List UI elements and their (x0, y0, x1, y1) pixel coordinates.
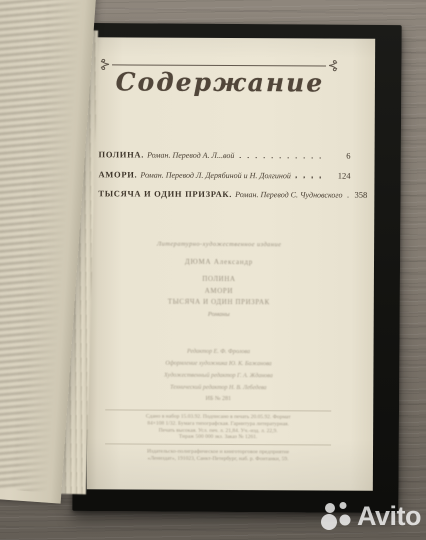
avito-logo-icon (320, 500, 354, 532)
genre-line: Романы (88, 310, 350, 318)
toc-entry-page-number: 6 (331, 151, 351, 161)
dot-leader (296, 176, 326, 178)
contents-page-inner: Содержание ПОЛИНА. Роман. Перевод А. Л..… (87, 37, 375, 490)
edition-type-line: Литературно-художественное издание (88, 240, 350, 248)
toc-entry-page-number: 358 (355, 190, 368, 200)
toc-entry: ПОЛИНА. Роман. Перевод А. Л...вой 6 (99, 149, 351, 160)
fine-print-block: Сдано в набор 15.03.92. Подписано в печа… (87, 413, 349, 442)
ornament-line (112, 64, 326, 66)
credits-block: Редактор Е. Ф. Фролова Оформление художн… (87, 345, 349, 394)
dot-leader (348, 196, 350, 197)
work-title-line: ТЫСЯЧА И ОДИН ПРИЗРАК (88, 297, 350, 306)
toc-entry: АМОРИ. Роман. Перевод Л. Дерябиной и Н. … (98, 169, 350, 180)
ib-number-line: ИБ № 281 (87, 395, 349, 402)
publisher-block: Издательско-полиграфическое и книготорго… (87, 448, 349, 463)
work-title-line: ПОЛИНА (88, 274, 350, 283)
table-of-contents: ПОЛИНА. Роман. Перевод А. Л...вой 6 АМОР… (98, 149, 350, 209)
imprint-divider (105, 443, 331, 445)
author-line: ДЮМА Александр (88, 257, 350, 266)
toc-entry-detail: Роман. Перевод Л. Дерябиной и Н. Долгино… (140, 170, 291, 180)
contents-heading: Содержание (89, 67, 351, 97)
imprint-divider (105, 409, 331, 411)
work-title-line: АМОРИ (88, 286, 350, 295)
imprint-block: Литературно-художественное издание ДЮМА … (88, 240, 350, 318)
photo-open-book: Содержание ПОЛИНА. Роман. Перевод А. Л..… (0, 0, 426, 540)
toc-entry-title: ПОЛИНА. (99, 149, 145, 159)
toc-entry-page-number: 124 (330, 170, 350, 180)
dot-leader (239, 157, 325, 159)
toc-entry: ТЫСЯЧА И ОДИН ПРИЗРАК. Роман. Перевод С.… (98, 188, 350, 199)
credit-line: Технический редактор Н. В. Лебедева (87, 381, 349, 394)
publisher-line: «Лениздат», 191023, Санкт-Петербург, наб… (87, 455, 349, 463)
toc-entry-title: ТЫСЯЧА И ОДИН ПРИЗРАК. (98, 188, 232, 199)
fine-print-line: Тираж 500 000 экз. Заказ № 1261. (87, 434, 349, 442)
toc-entry-detail: Роман. Перевод А. Л...вой (147, 151, 234, 160)
toc-entry-detail: Роман. Перевод С. Чудновского (235, 190, 342, 200)
toc-entry-title: АМОРИ. (98, 169, 137, 179)
avito-watermark: Avito (320, 500, 421, 532)
avito-watermark-text: Avito (357, 501, 421, 532)
contents-page: Содержание ПОЛИНА. Роман. Перевод А. Л..… (87, 37, 375, 490)
